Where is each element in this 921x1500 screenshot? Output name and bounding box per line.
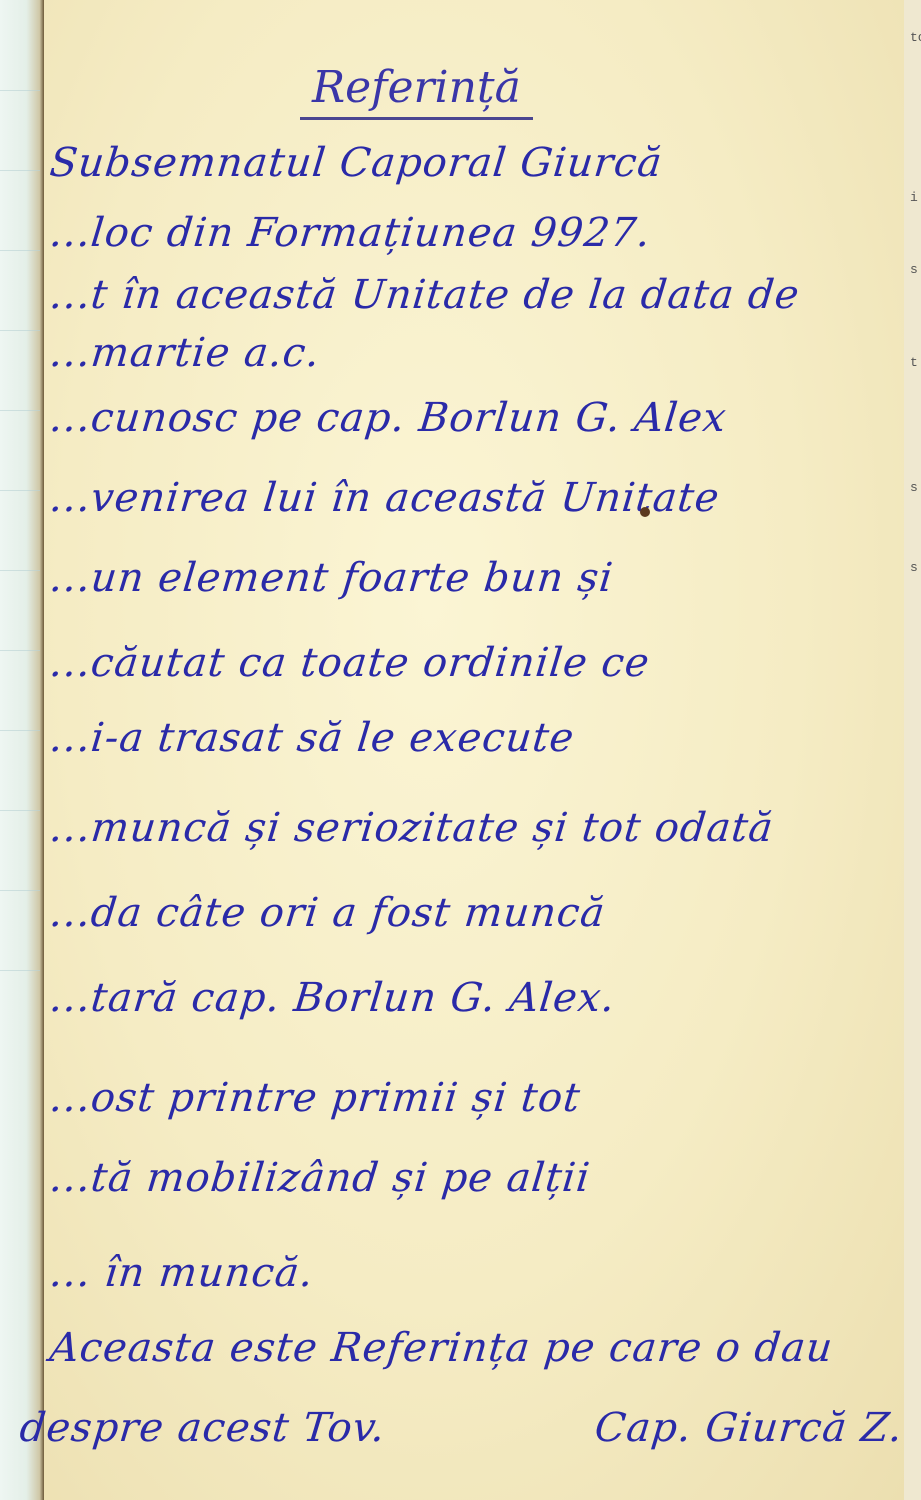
- printed-fragment: i: [910, 190, 918, 205]
- printed-fragment: s: [910, 262, 918, 277]
- document-title: Referință: [300, 62, 533, 120]
- ink-spot: [640, 507, 650, 517]
- text-line: ...cunosc pe cap. Borlun G. Alex: [48, 395, 729, 441]
- text-line: ...i-a trasat să le execute: [48, 715, 577, 761]
- text-line: ...martie a.c.: [48, 330, 323, 376]
- text-line: ...tară cap. Borlun G. Alex.: [48, 975, 618, 1021]
- adjacent-grid-page: [0, 0, 44, 1500]
- grid-line: [0, 730, 40, 731]
- text-line: ...loc din Formațiunea 9927.: [48, 210, 654, 256]
- text-line: ...muncă și seriozitate și tot odată: [48, 805, 776, 851]
- grid-line: [0, 170, 40, 171]
- text-line: despre acest Tov.: [18, 1405, 388, 1451]
- grid-line: [0, 490, 40, 491]
- grid-line: [0, 970, 40, 971]
- grid-line: [0, 650, 40, 651]
- printed-fragment: to: [910, 30, 921, 45]
- printed-fragment: s: [910, 560, 918, 575]
- printed-fragment: s: [910, 480, 918, 495]
- text-line: ...da câte ori a fost muncă: [48, 890, 608, 936]
- text-line: ...căutat ca toate ordinile ce: [48, 640, 653, 686]
- grid-line: [0, 410, 40, 411]
- grid-line: [0, 330, 40, 331]
- text-line: Subsemnatul Caporal Giurcă: [48, 140, 665, 186]
- grid-line: [0, 810, 40, 811]
- grid-line: [0, 890, 40, 891]
- grid-line: [0, 90, 40, 91]
- adjacent-printed-page: to i s t s s: [904, 0, 921, 1500]
- signature: Cap. Giurcă Z.: [593, 1405, 906, 1451]
- printed-fragment: t: [910, 355, 918, 370]
- text-line: ...tă mobilizând și pe alții: [48, 1155, 593, 1201]
- grid-line: [0, 250, 40, 251]
- text-line: Aceasta este Referința pe care o dau: [48, 1325, 836, 1371]
- text-line: ...un element foarte bun și: [48, 555, 616, 601]
- text-line: ... în muncă.: [48, 1250, 316, 1296]
- text-line: ...ost printre primii și tot: [48, 1075, 583, 1121]
- text-line: ...t în această Unitate de la data de: [48, 272, 802, 318]
- grid-line: [0, 570, 40, 571]
- text-line: ...venirea lui în această Unitate: [48, 475, 722, 521]
